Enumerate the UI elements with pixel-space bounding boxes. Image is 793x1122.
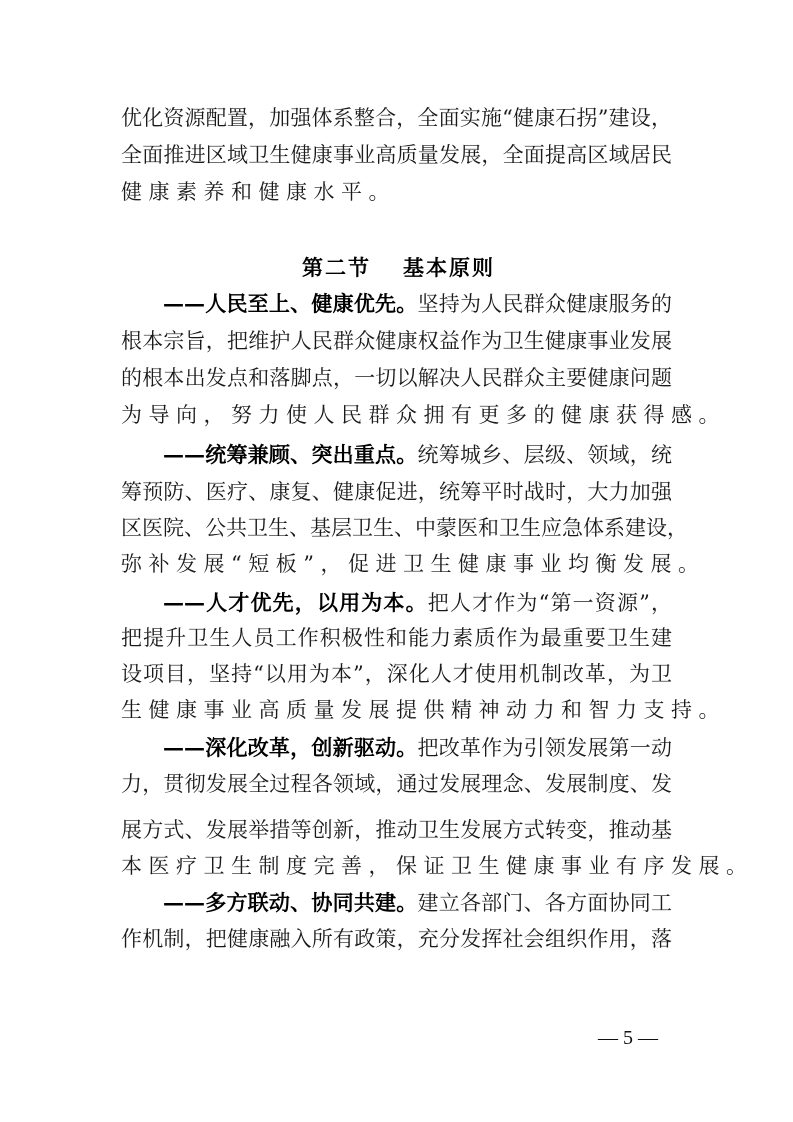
principle-3-line-3: 设项目，坚持“以用为本”，深化人才使用机制改革，为卫: [121, 659, 672, 689]
principle-4-line-3: 展方式、发展举措等创新，推动卫生发展方式转变，推动基: [121, 815, 672, 845]
principle-3-text: 把人才作为“第一资源”，: [428, 591, 672, 615]
principle-4-line-4: 本医疗卫生制度完善，保证卫生健康事业有序发展。: [121, 851, 672, 881]
intro-line-3: 健康素养和健康水平。: [121, 177, 672, 207]
principle-1-lead: ——人民至上、健康优先。: [163, 291, 418, 316]
principle-1-line-3: 的根本出发点和落脚点，一切以解决人民群众主要健康问题: [121, 363, 672, 393]
principle-4-first-line: ——深化改革，创新驱动。把改革作为引领发展第一动: [121, 733, 672, 763]
principle-4-line-2: 力，贯彻发展全过程各领域，通过发展理念、发展制度、发: [121, 769, 672, 799]
principle-4-text: 把改革作为引领发展第一动: [418, 736, 673, 760]
principle-3-line-4: 生健康事业高质量发展提供精神动力和智力支持。: [121, 695, 672, 725]
principle-3-first-line: ——人才优先，以用为本。把人才作为“第一资源”，: [121, 588, 672, 618]
section-title: 基本原则: [403, 255, 495, 280]
principle-2-line-3: 区医院、公共卫生、基层卫生、中蒙医和卫生应急体系建设，: [121, 513, 672, 543]
document-page: 优化资源配置，加强体系整合，全面实施“健康石拐”建设， 全面推进区域卫生健康事业…: [0, 0, 793, 1122]
principle-1-line-2: 根本宗旨，把维护人民群众健康权益作为卫生健康事业发展: [121, 326, 672, 356]
principle-2-line-4: 弥补发展“短板”，促进卫生健康事业均衡发展。: [121, 549, 672, 579]
page-number: — 5 —: [593, 1024, 663, 1052]
principle-2-first-line: ——统筹兼顾、突出重点。统筹城乡、层级、领域，统: [121, 440, 672, 470]
principle-5-first-line: ——多方联动、协同共建。建立各部门、各方面协同工: [121, 888, 672, 918]
principle-4-lead: ——深化改革，创新驱动。: [163, 735, 418, 760]
principle-5-line-2: 作机制，把健康融入所有政策，充分发挥社会组织作用，落: [121, 924, 672, 954]
principle-5-lead: ——多方联动、协同共建。: [163, 890, 418, 915]
principle-3-lead: ——人才优先，以用为本。: [163, 590, 428, 615]
principle-3-line-2: 把提升卫生人员工作积极性和能力素质作为最重要卫生建: [121, 623, 672, 653]
principle-5-text: 建立各部门、各方面协同工: [418, 891, 673, 915]
principle-2-line-2: 筹预防、医疗、康复、健康促进，统筹平时战时，大力加强: [121, 477, 672, 507]
principle-1-text: 坚持为人民群众健康服务的: [418, 292, 673, 316]
intro-line-2: 全面推进区域卫生健康事业高质量发展，全面提高区域居民: [121, 140, 672, 170]
section-number: 第二节: [302, 255, 371, 280]
principle-1-line-4: 为导向，努力使人民群众拥有更多的健康获得感。: [121, 400, 672, 430]
intro-line-1: 优化资源配置，加强体系整合，全面实施“健康石拐”建设，: [121, 103, 672, 133]
section-heading: 第二节基本原则: [0, 253, 793, 283]
principle-1-first-line: ——人民至上、健康优先。坚持为人民群众健康服务的: [121, 289, 672, 319]
principle-2-lead: ——统筹兼顾、突出重点。: [163, 442, 418, 467]
principle-2-text: 统筹城乡、层级、领域，统: [418, 443, 673, 467]
